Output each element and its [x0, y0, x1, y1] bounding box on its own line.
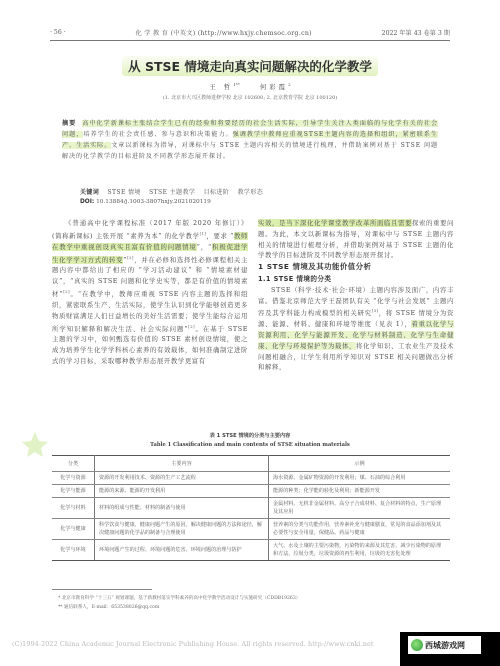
author-sup: 1**	[233, 82, 240, 87]
keyword: 教学形态	[238, 189, 264, 196]
running-header: · 56 · 化 学 教 育 (中英文) (http://www.hxjy.ch…	[50, 26, 450, 41]
paragraph: STSE（科学·技术·社会·环境）主题内容涉及面广，内容丰富。借鉴北京师范大学王…	[258, 285, 454, 374]
text: ”，“	[197, 243, 212, 251]
column-header: 主要内容	[95, 456, 269, 472]
table-row: 化学与健康 科学饮食与健康，健康问题产生的原因，解决健康问题的方法和途径，解决健…	[52, 519, 450, 540]
cell-main: 资源的开发利用技术、资源的生产工艺流程	[95, 472, 269, 485]
author-name: 何彩霞	[260, 83, 288, 91]
section-heading: 1 STSE 情境及其功能价值分析	[258, 262, 454, 273]
article-title: 从 STSE 情境走向真实问题解决的化学教学	[122, 56, 378, 76]
site-logo-icon	[411, 639, 423, 651]
citation: [2]	[127, 256, 134, 260]
cell-example: 海水资源、金属矿物资源的开发利用；煤、石油的综合利用	[269, 472, 451, 485]
footnotes: * 北京市教育科学 “十三五” 规划课题，基于新教材落实学科素养的高中化学教学活…	[58, 594, 300, 612]
footnote: ** 通信联系人，E-mail：653538026@qq.com	[58, 603, 300, 612]
doi: DOI: 10.13884/j.1003-3807hxjy.2021020119	[80, 199, 211, 205]
title-container: 从 STSE 情境走向真实问题解决的化学教学	[0, 56, 500, 76]
table-row: 化学与能源 能源的来源、能源的开发利用 能源的种类；化学能的转化及利用；新能源开…	[52, 485, 450, 498]
site-watermark: 西城游戏网	[400, 632, 500, 666]
paragraph: 《普通高中化学课程标准（2017 年版 2020 年修订）》(简称新课标) 主张…	[52, 218, 248, 367]
column-header: 示例	[269, 456, 451, 472]
column-header: 分类	[52, 456, 95, 472]
stse-table: 分类 主要内容 示例 化学与资源 资源的开发利用技术、资源的生产工艺流程 海水资…	[52, 455, 450, 561]
cell-category: 化学与资源	[52, 472, 95, 485]
body-right-column: 实效，是当下深化化学课堂教学改革所面临且需要探索的重要问题。为此，本文以新课标为…	[258, 218, 454, 373]
cell-main: 科学饮食与健康，健康问题产生的原因，解决健康问题的方法和途径，解决健康问题的化学…	[95, 519, 269, 540]
table-row: 化学与环境 环境问题产生的过程、环境问题的危害、环境问题的治理与防护 大气、水及…	[52, 540, 450, 561]
footnote-divider	[52, 589, 152, 590]
keyword: STSE 情境	[108, 189, 141, 196]
watermark-plate: 西城游戏网	[408, 636, 481, 654]
paragraph: 实效，是当下深化化学课堂教学改革所面临且需要探索的重要问题。为此，本文以新课标为…	[258, 218, 454, 261]
table-header-row: 分类 主要内容 示例	[52, 456, 450, 472]
body-left-column: 《普通高中化学课程标准（2017 年版 2020 年修订）》(简称新课标) 主张…	[52, 218, 248, 367]
affiliation: (1. 北京市大兴区教师进修学校 北京 102600; 2. 北京教育学院 北京…	[0, 94, 500, 101]
text: ，要求 “	[207, 232, 234, 240]
author-name: 王 哲	[209, 83, 233, 91]
page-number: · 56 ·	[50, 29, 66, 36]
table-caption-en: Table 1 Classification and main contents…	[0, 442, 500, 448]
author-sup: 2	[288, 82, 291, 87]
authors: 王 哲1** 何彩霞2	[0, 82, 500, 91]
citation: [1]	[200, 232, 207, 236]
abstract: 摘要高中化学新课标主张结合学生已有的经验和将要经历的社会生活实际，引导学生关注人…	[62, 118, 438, 162]
cell-category: 化学与环境	[52, 540, 95, 561]
issue-info: 2022 年第 43 卷第 3 期	[382, 28, 450, 37]
journal-page: · 56 · 化 学 教 育 (中英文) (http://www.hxjy.ch…	[0, 0, 500, 666]
cell-main: 能源的来源、能源的开发利用	[95, 485, 269, 498]
doi-label: DOI:	[80, 199, 94, 205]
cell-main: 材料的组成与性能、材料的制备与使用	[95, 498, 269, 519]
keyword: 目标进阶	[204, 189, 230, 196]
keywords: 关键词 STSE 情境 STSE 主题教学 目标进阶 教学形态	[80, 187, 263, 196]
cell-category: 化学与健康	[52, 519, 95, 540]
keywords-label: 关键词	[80, 189, 99, 196]
abstract-label: 摘要	[62, 120, 76, 127]
cell-category: 化学与材料	[52, 498, 95, 519]
highlight: 实效，是当下深化化学课堂教学改革所面临且需要	[258, 219, 412, 227]
citation: [3]	[372, 309, 379, 313]
keyword: STSE 主题教学	[149, 189, 195, 196]
doi-value: 10.13884/j.1003-3807hxjy.2021020119	[96, 199, 211, 205]
cell-example: 营养素的分类与功能作用，营养素补充与健康膳食，常见的食品添加剂及其必要性与安全用…	[269, 519, 451, 540]
table-row: 化学与材料 材料的组成与性能、材料的制备与使用 金属材料、无机非金属材料、高分子…	[52, 498, 450, 519]
cell-category: 化学与能源	[52, 485, 95, 498]
watermark-brand: 西城游戏网	[425, 640, 465, 651]
abstract-text: 培养学生的社会责任感、参与意识和决策能力。	[83, 131, 232, 138]
table-row: 化学与资源 资源的开发利用技术、资源的生产工艺流程 海水资源、金属矿物资源的开发…	[52, 472, 450, 485]
journal-name: 化 学 教 育 (中英文) (http://www.hxjy.chemsoc.o…	[136, 28, 312, 37]
abstract-text: 文章以新课标为指导，对课标中与 STSE 主题内容相关的情境进行梳理，并借助案例…	[62, 142, 438, 160]
cell-example: 大气、水及土壤的主要污染物，污染物的来源及其危害，减少污染物的原理和方法，垃圾分…	[269, 540, 451, 561]
copyright-line: (C)1994-2022 China Academic Journal Elec…	[12, 640, 374, 648]
cell-main: 环境问题产生的过程、环境问题的危害、环境问题的治理与防护	[95, 540, 269, 561]
cell-example: 能源的种类；化学能的转化及利用；新能源开发	[269, 485, 451, 498]
footnote: * 北京市教育科学 “十三五” 规划课题，基于新教材落实学科素养的高中化学教学活…	[58, 594, 300, 603]
table-caption-cn: 表 1 STSE 情境的分类与主要内容	[0, 432, 500, 439]
subsection-heading: 1.1 STSE 情境的分类	[258, 274, 454, 285]
cell-example: 金属材料、无机非金属材料、高分子合成材料、复合材料的特点，生产原理及其应用	[269, 498, 451, 519]
